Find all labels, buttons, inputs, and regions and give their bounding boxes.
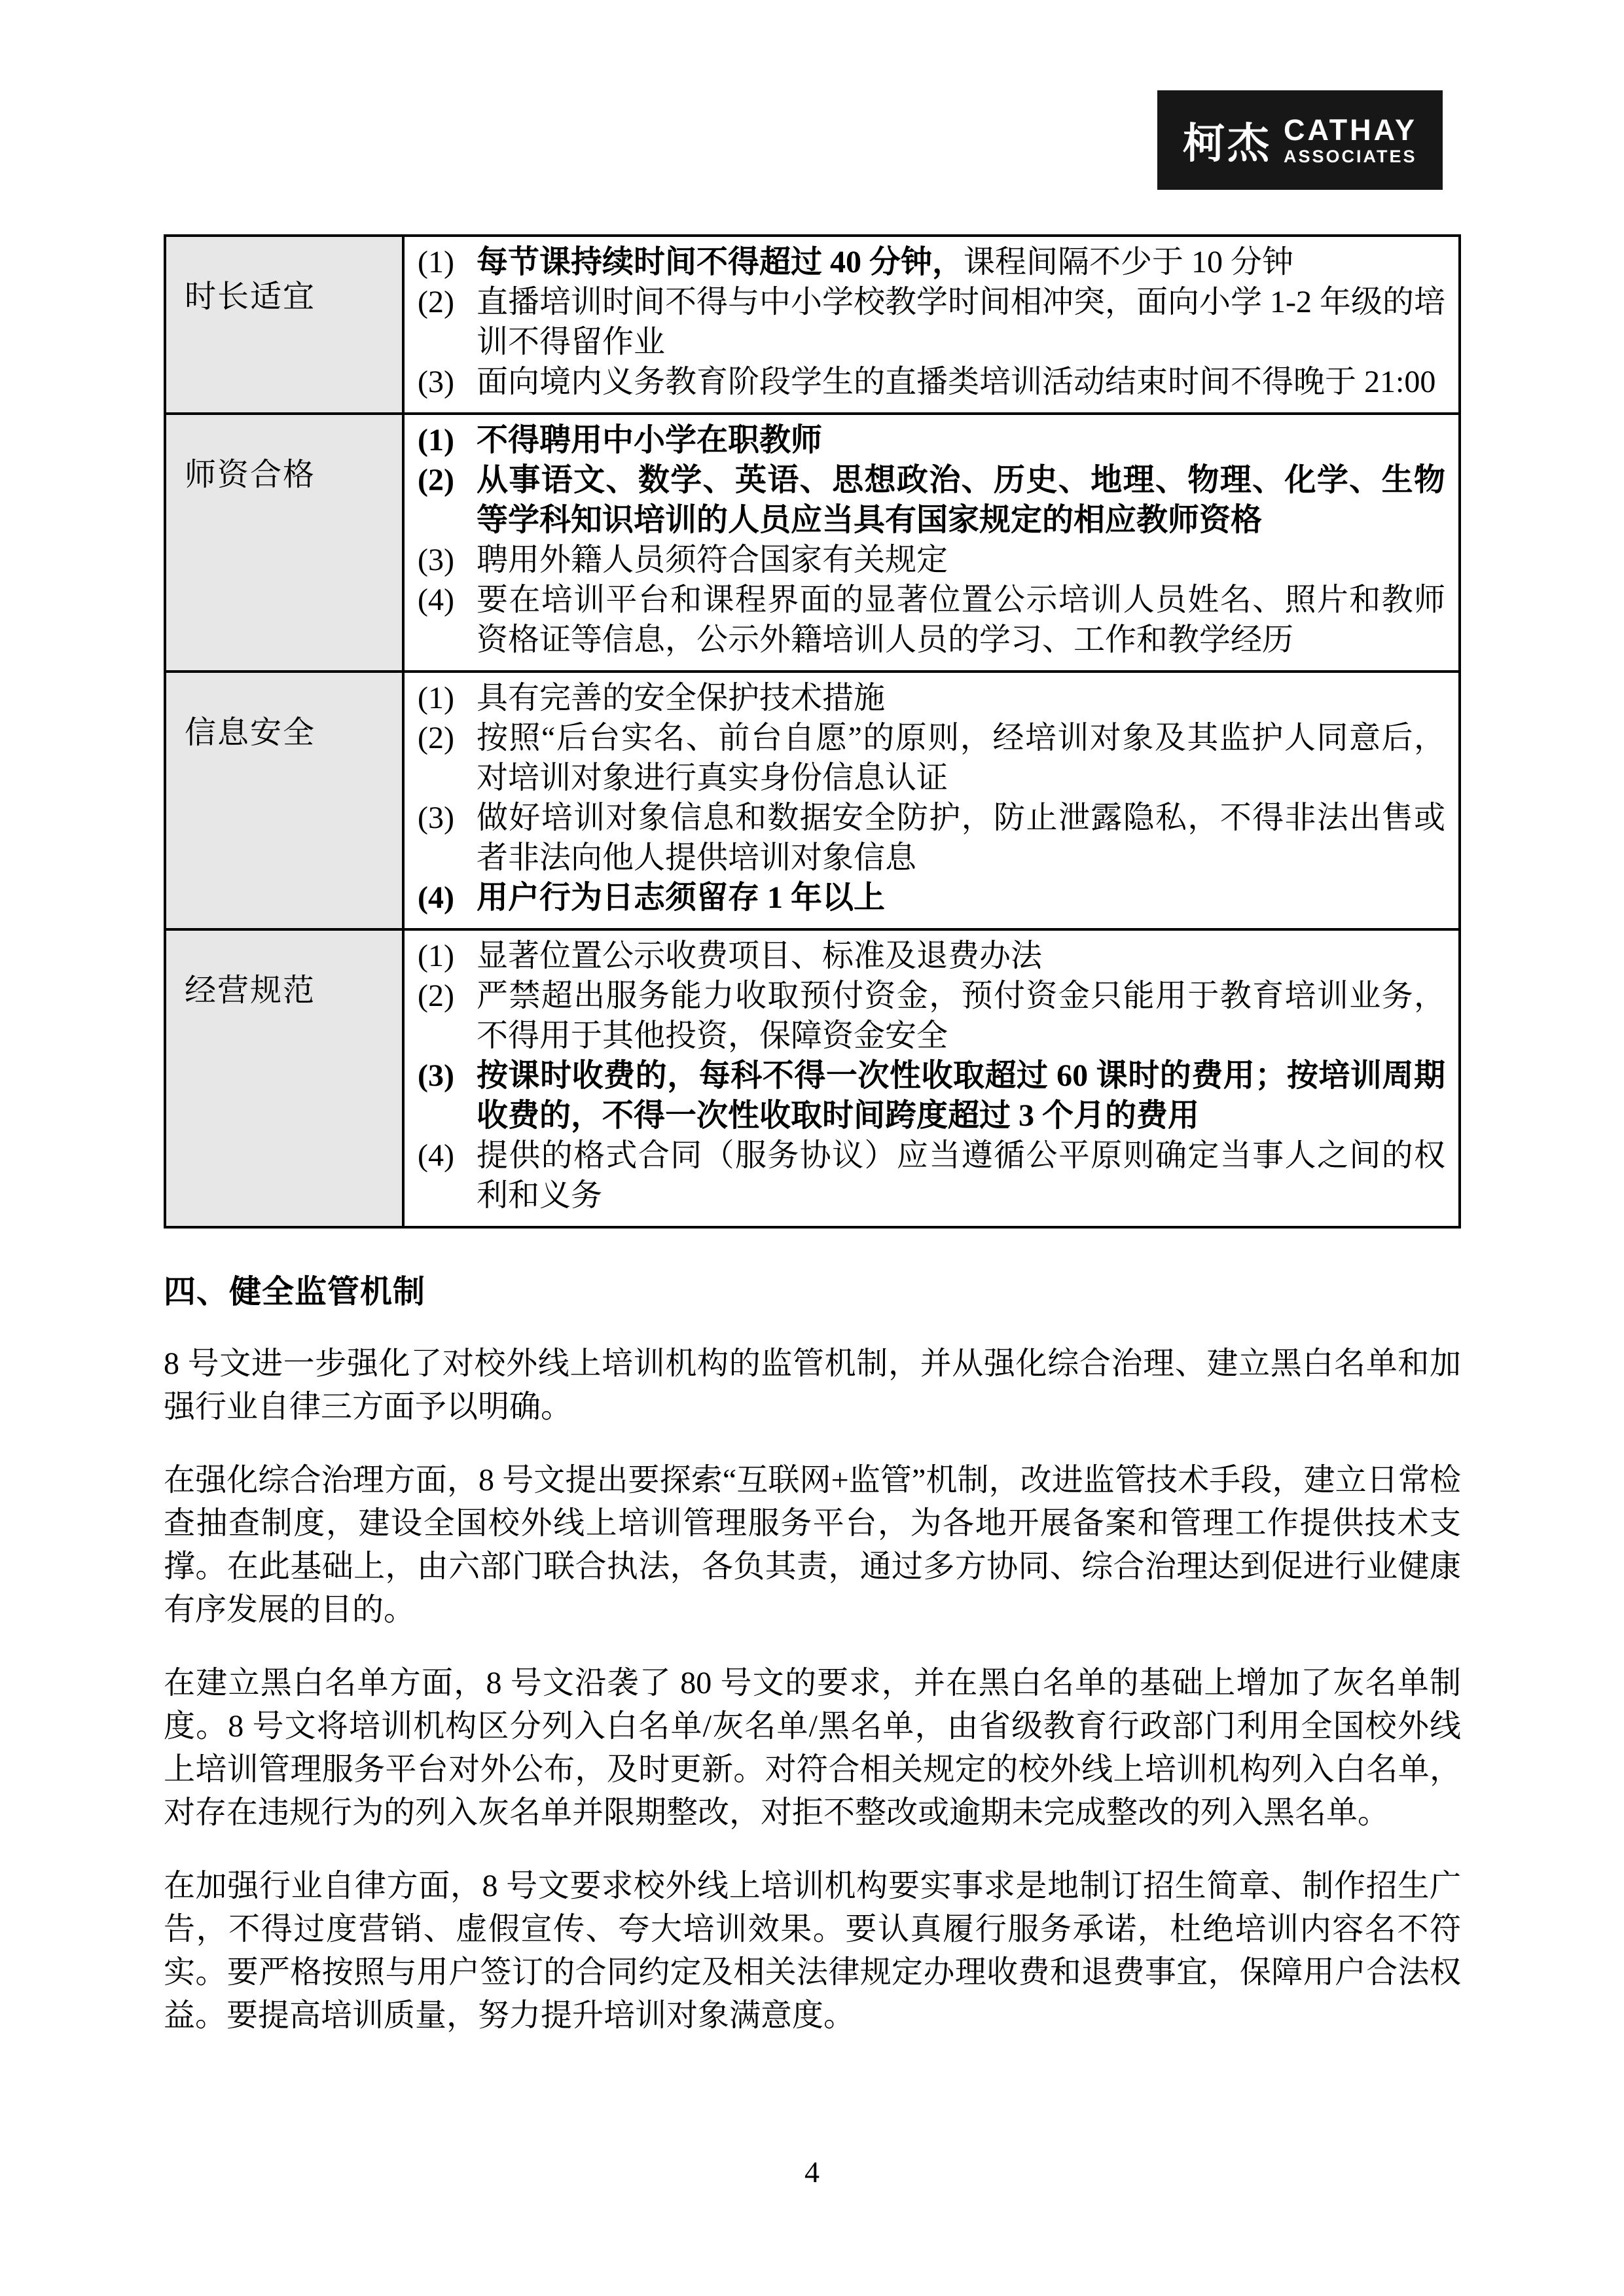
list-item-number: (1) (418, 936, 477, 976)
text-segment: 严禁超出服务能力收取预付资金，预付资金只能用于教育培训业务，不得用于其他投资，保… (477, 978, 1445, 1053)
section-heading: 四、健全监管机制 (164, 1266, 1461, 1312)
list-item-number: (3) (418, 362, 477, 402)
list-item-text: 严禁超出服务能力收取预付资金，预付资金只能用于教育培训业务，不得用于其他投资，保… (477, 976, 1445, 1056)
list-item-text: 直播培训时间不得与中小学校教学时间相冲突，面向小学 1-2 年级的培训不得留作业 (477, 282, 1445, 362)
list-item-number: (4) (418, 1136, 477, 1215)
list-item-text: 做好培训对象信息和数据安全防护，防止泄露隐私，不得非法出售或者非法向他人提供培训… (477, 798, 1445, 878)
text-segment: 提供的格式合同（服务协议）应当遵循公平原则确定当事人之间的权利和义务 (477, 1138, 1445, 1213)
list-item-text: 要在培训平台和课程界面的显著位置公示培训人员姓名、照片和教师资格证等信息，公示外… (477, 580, 1445, 660)
text-segment: 做好培训对象信息和数据安全防护，防止泄露隐私，不得非法出售或者非法向他人提供培训… (477, 800, 1445, 875)
list-item: (1)不得聘用中小学在职教师 (418, 420, 1445, 460)
list-item-number: (2) (418, 282, 477, 362)
list-item-number: (1) (418, 678, 477, 718)
list-item: (2)按照“后台实名、前台自愿”的原则，经培训对象及其监护人同意后，对培训对象进… (418, 718, 1445, 798)
table-row: 经营规范(1)显著位置公示收费项目、标准及退费办法(2)严禁超出服务能力收取预付… (165, 929, 1460, 1227)
list-item-number: (3) (418, 798, 477, 878)
text-segment: 按课时收费的，每科不得一次性收取超过 60 课时的费用；按培训周期收费的，不得一… (477, 1058, 1445, 1133)
body-paragraph: 在强化综合治理方面，8 号文提出要探索“互联网+监管”机制，改进监管技术手段，建… (164, 1459, 1461, 1632)
list-item-text: 每节课持续时间不得超过 40 分钟，课程间隔不少于 10 分钟 (477, 242, 1445, 282)
row-label: 师资合格 (165, 414, 403, 672)
logo-cathay-text: CATHAY (1284, 115, 1417, 145)
list-item: (2)严禁超出服务能力收取预付资金，预付资金只能用于教育培训业务，不得用于其他投… (418, 976, 1445, 1056)
logo-english-text: CATHAY ASSOCIATES (1284, 115, 1417, 166)
list-item: (3)做好培训对象信息和数据安全防护，防止泄露隐私，不得非法出售或者非法向他人提… (418, 798, 1445, 878)
row-label: 信息安全 (165, 672, 403, 929)
logo-chinese-text: 柯杰 (1183, 110, 1272, 170)
table-row: 信息安全(1)具有完善的安全保护技术措施(2)按照“后台实名、前台自愿”的原则，… (165, 672, 1460, 929)
body-paragraph: 在加强行业自律方面，8 号文要求校外线上培训机构要实事求是地制订招生简章、制作招… (164, 1865, 1461, 2037)
text-segment: 具有完善的安全保护技术措施 (477, 681, 885, 715)
list-item-text: 提供的格式合同（服务协议）应当遵循公平原则确定当事人之间的权利和义务 (477, 1136, 1445, 1215)
text-segment: 按照“后台实名、前台自愿”的原则，经培训对象及其监护人同意后，对培训对象进行真实… (477, 721, 1445, 795)
list-item: (1)显著位置公示收费项目、标准及退费办法 (418, 936, 1445, 976)
company-logo: 柯杰 CATHAY ASSOCIATES (1157, 90, 1443, 190)
list-item-text: 显著位置公示收费项目、标准及退费办法 (477, 936, 1445, 976)
text-segment: 要在培训平台和课程界面的显著位置公示培训人员姓名、照片和教师资格证等信息，公示外… (477, 583, 1445, 657)
row-items: (1)具有完善的安全保护技术措施(2)按照“后台实名、前台自愿”的原则，经培训对… (403, 672, 1460, 929)
page-number: 4 (804, 2155, 820, 2189)
text-segment: 每节课持续时间不得超过 40 分钟， (477, 245, 964, 279)
list-item-number: (3) (418, 1056, 477, 1136)
list-item-number: (4) (418, 580, 477, 660)
list-item: (3)聘用外籍人员须符合国家有关规定 (418, 540, 1445, 580)
row-items: (1)显著位置公示收费项目、标准及退费办法(2)严禁超出服务能力收取预付资金，预… (403, 929, 1460, 1227)
text-segment: 显著位置公示收费项目、标准及退费办法 (477, 939, 1042, 973)
table-row: 时长适宜(1)每节课持续时间不得超过 40 分钟，课程间隔不少于 10 分钟(2… (165, 236, 1460, 414)
list-item-number: (2) (418, 976, 477, 1056)
list-item-number: (4) (418, 878, 477, 918)
text-segment: 直播培训时间不得与中小学校教学时间相冲突，面向小学 1-2 年级的培训不得留作业 (477, 285, 1445, 359)
list-item: (2)直播培训时间不得与中小学校教学时间相冲突，面向小学 1-2 年级的培训不得… (418, 282, 1445, 362)
list-item-text: 不得聘用中小学在职教师 (477, 420, 1445, 460)
text-segment: 聘用外籍人员须符合国家有关规定 (477, 543, 948, 577)
row-items: (1)不得聘用中小学在职教师(2)从事语文、数学、英语、思想政治、历史、地理、物… (403, 414, 1460, 672)
document-content: 时长适宜(1)每节课持续时间不得超过 40 分钟，课程间隔不少于 10 分钟(2… (164, 234, 1461, 2037)
list-item-text: 从事语文、数学、英语、思想政治、历史、地理、物理、化学、生物等学科知识培训的人员… (477, 460, 1445, 540)
list-item: (4)用户行为日志须留存 1 年以上 (418, 878, 1445, 918)
list-item: (2)从事语文、数学、英语、思想政治、历史、地理、物理、化学、生物等学科知识培训… (418, 460, 1445, 540)
section-paragraphs: 8 号文进一步强化了对校外线上培训机构的监管机制，并从强化综合治理、建立黑白名单… (164, 1342, 1461, 2037)
row-label: 经营规范 (165, 929, 403, 1227)
list-item-number: (1) (418, 242, 477, 282)
page-footer: 4 (0, 2155, 1624, 2189)
list-item-number: (3) (418, 540, 477, 580)
list-item-text: 聘用外籍人员须符合国家有关规定 (477, 540, 1445, 580)
body-paragraph: 8 号文进一步强化了对校外线上培训机构的监管机制，并从强化综合治理、建立黑白名单… (164, 1342, 1461, 1429)
list-item: (3)面向境内义务教育阶段学生的直播类培训活动结束时间不得晚于 21:00 (418, 362, 1445, 402)
list-item: (3)按课时收费的，每科不得一次性收取超过 60 课时的费用；按培训周期收费的，… (418, 1056, 1445, 1136)
text-segment: 面向境内义务教育阶段学生的直播类培训活动结束时间不得晚于 21:00 (477, 365, 1435, 399)
text-segment: 从事语文、数学、英语、思想政治、历史、地理、物理、化学、生物等学科知识培训的人员… (477, 463, 1445, 537)
list-item-number: (2) (418, 718, 477, 798)
text-segment: 用户行为日志须留存 1 年以上 (477, 880, 885, 915)
body-paragraph: 在建立黑白名单方面，8 号文沿袭了 80 号文的要求，并在黑白名单的基础上增加了… (164, 1662, 1461, 1835)
row-items: (1)每节课持续时间不得超过 40 分钟，课程间隔不少于 10 分钟(2)直播培… (403, 236, 1460, 414)
row-label: 时长适宜 (165, 236, 403, 414)
list-item-text: 具有完善的安全保护技术措施 (477, 678, 1445, 718)
text-segment: 不得聘用中小学在职教师 (477, 423, 822, 457)
list-item-text: 按照“后台实名、前台自愿”的原则，经培训对象及其监护人同意后，对培训对象进行真实… (477, 718, 1445, 798)
list-item: (1)每节课持续时间不得超过 40 分钟，课程间隔不少于 10 分钟 (418, 242, 1445, 282)
text-segment: 课程间隔不少于 10 分钟 (964, 245, 1293, 279)
list-item-text: 面向境内义务教育阶段学生的直播类培训活动结束时间不得晚于 21:00 (477, 362, 1445, 402)
list-item: (1)具有完善的安全保护技术措施 (418, 678, 1445, 718)
regulation-table: 时长适宜(1)每节课持续时间不得超过 40 分钟，课程间隔不少于 10 分钟(2… (164, 234, 1461, 1229)
list-item-text: 用户行为日志须留存 1 年以上 (477, 878, 1445, 918)
list-item-text: 按课时收费的，每科不得一次性收取超过 60 课时的费用；按培训周期收费的，不得一… (477, 1056, 1445, 1136)
document-page: 柯杰 CATHAY ASSOCIATES 时长适宜(1)每节课持续时间不得超过 … (0, 0, 1624, 2296)
list-item: (4)要在培训平台和课程界面的显著位置公示培训人员姓名、照片和教师资格证等信息，… (418, 580, 1445, 660)
logo-associates-text: ASSOCIATES (1284, 148, 1417, 166)
list-item: (4)提供的格式合同（服务协议）应当遵循公平原则确定当事人之间的权利和义务 (418, 1136, 1445, 1215)
list-item-number: (1) (418, 420, 477, 460)
list-item-number: (2) (418, 460, 477, 540)
regulation-table-body: 时长适宜(1)每节课持续时间不得超过 40 分钟，课程间隔不少于 10 分钟(2… (165, 236, 1460, 1227)
table-row: 师资合格(1)不得聘用中小学在职教师(2)从事语文、数学、英语、思想政治、历史、… (165, 414, 1460, 672)
